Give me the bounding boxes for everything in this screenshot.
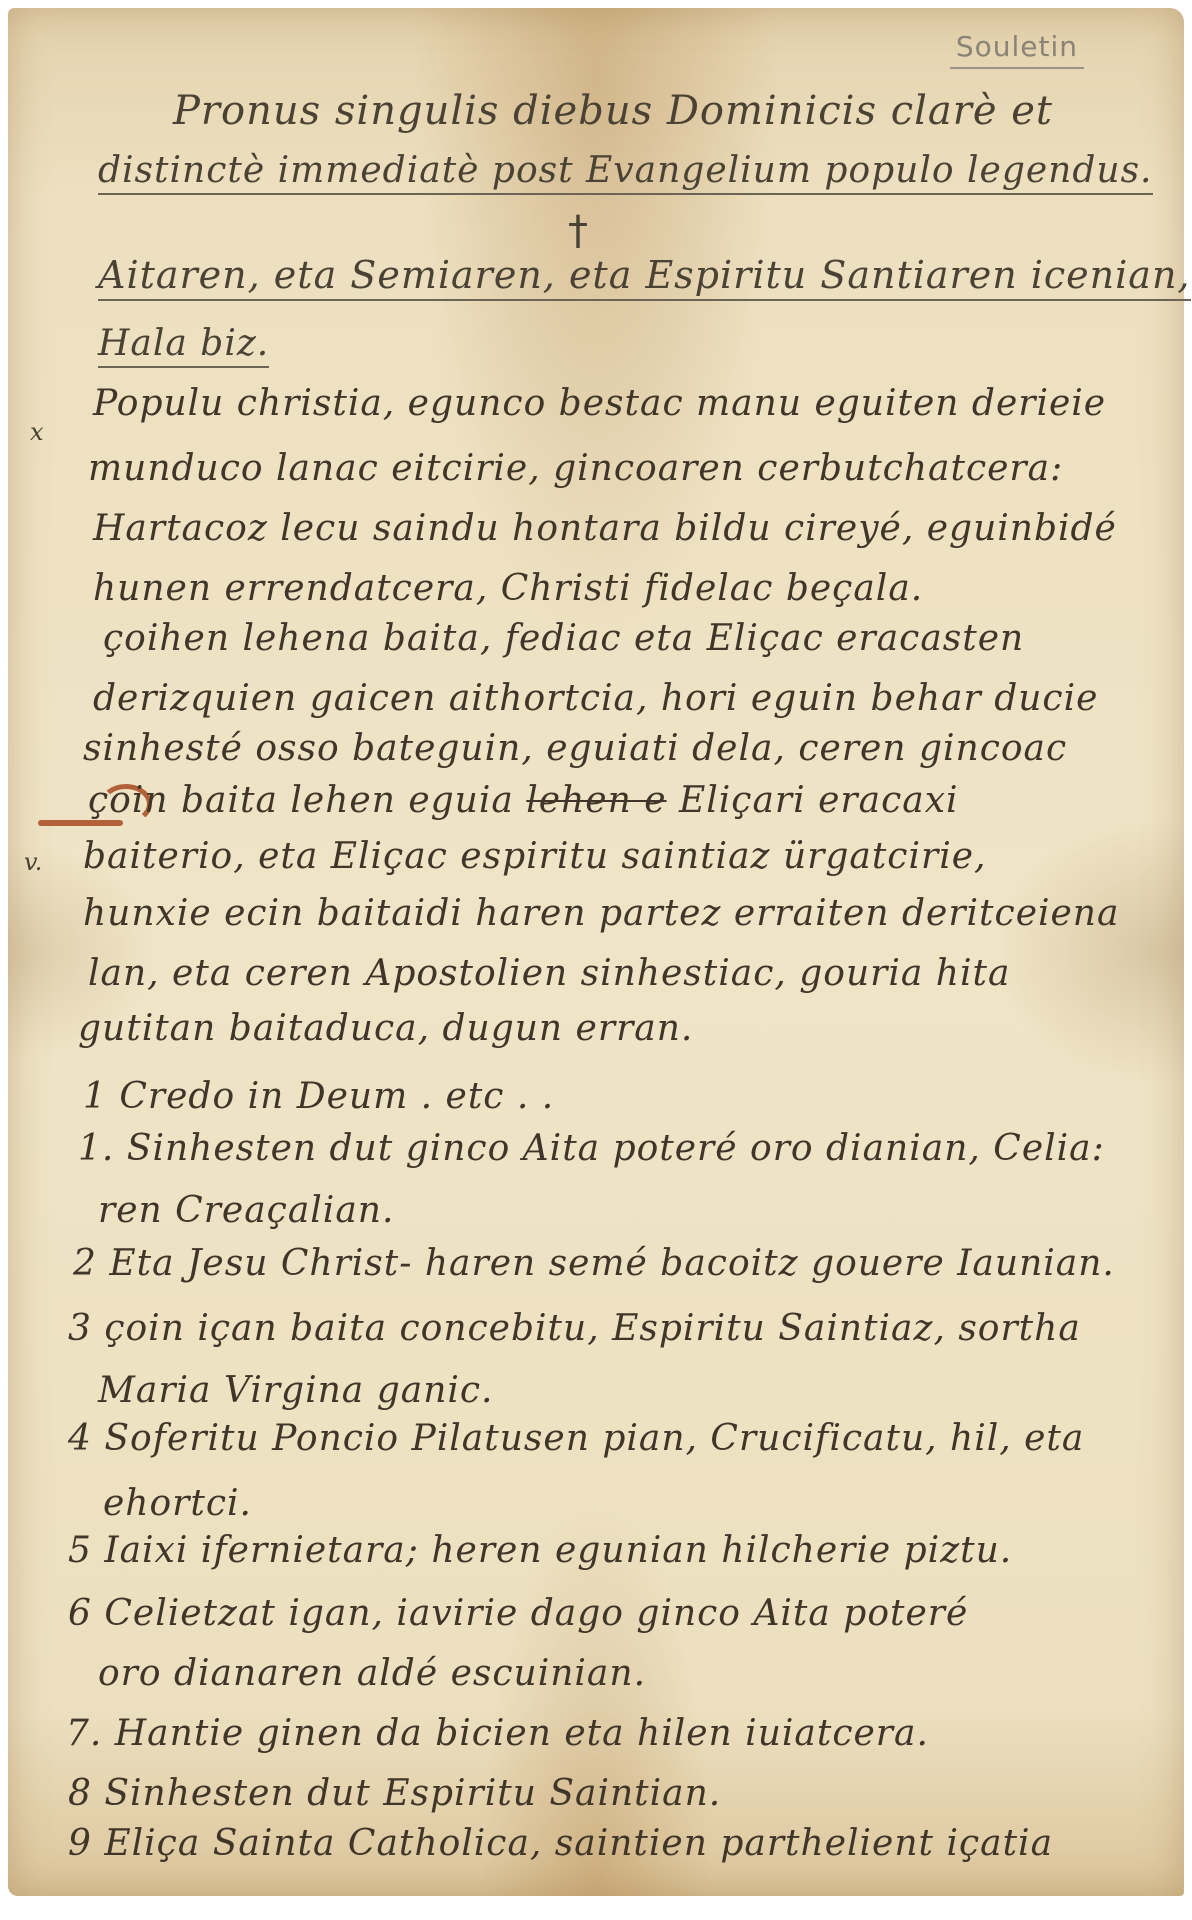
creed-line-12: 7. Hantie ginen da bicien eta hilen iuia… xyxy=(66,1713,929,1754)
body-line-9: baiterio, eta Eliçac espiritu saintiaz ü… xyxy=(83,836,986,877)
cross-symbol: † xyxy=(568,208,588,254)
invocation-line-2: Hala biz. xyxy=(98,323,269,368)
creed-line-3: ren Creaçalian. xyxy=(98,1190,394,1231)
body-line-4: hunen errendatcera, Christi fidelac beça… xyxy=(93,568,923,609)
creed-line-14: 9 Eliça Sainta Catholica, saintien parth… xyxy=(68,1823,1053,1864)
manuscript-page: Souletin Pronus singulis diebus Dominici… xyxy=(8,8,1184,1896)
title-line-1: Pronus singulis diebus Dominicis clarè e… xyxy=(173,88,1053,134)
creed-line-10: 6 Celietzat igan, iavirie dago ginco Ait… xyxy=(68,1593,968,1634)
creed-line-4: 2 Eta Jesu Christ- haren semé bacoitz go… xyxy=(73,1243,1115,1284)
creed-line-6: Maria Virgina ganic. xyxy=(98,1370,494,1411)
body-line-12: gutitan baitaduca, dugun erran. xyxy=(78,1008,693,1049)
creed-line-1: 1 Credo in Deum . etc . . xyxy=(83,1076,554,1117)
body-line-7: sinhesté osso bateguin, eguiati dela, ce… xyxy=(83,728,1067,769)
body-line-8: çoin baita lehen eguia lehen e Eliçari e… xyxy=(88,780,959,821)
margin-mark-x: x xyxy=(30,418,44,446)
body-line-1: Populu christia, egunco bestac manu egui… xyxy=(93,383,1106,424)
title-line-2: distinctè immediatè post Evangelium popu… xyxy=(98,150,1153,195)
pencil-annotation-souletin: Souletin xyxy=(950,30,1084,69)
creed-line-11: oro dianaren aldé escuinian. xyxy=(98,1653,646,1694)
creed-line-8: ehortci. xyxy=(103,1483,252,1524)
creed-line-7: 4 Soferitu Poncio Pilatusen pian, Crucif… xyxy=(68,1418,1084,1459)
body-line-3: Hartacoz lecu saindu hontara bildu cirey… xyxy=(93,508,1117,549)
creed-line-9: 5 Iaixi ifernietara; heren egunian hilch… xyxy=(68,1530,1012,1571)
strike-middle: baita lehen eguia xyxy=(181,780,514,821)
body-line-6: derizquien gaicen aithortcia, hori eguin… xyxy=(93,678,1098,719)
strike-suffix: Eliçari eracaxi xyxy=(679,780,959,821)
creed-line-5: 3 çoin içan baita concebitu, Espiritu Sa… xyxy=(68,1308,1081,1349)
body-line-10: hunxie ecin baitaidi haren partez errait… xyxy=(83,893,1119,934)
creed-line-13: 8 Sinhesten dut Espiritu Saintian. xyxy=(68,1773,721,1814)
creed-line-2: 1. Sinhesten dut ginco Aita poteré oro d… xyxy=(78,1128,1105,1169)
strike-prefix: çoin xyxy=(88,780,169,821)
struck-text: lehen e xyxy=(526,780,666,821)
body-line-5: çoihen lehena baita, fediac eta Eliçac e… xyxy=(103,618,1024,659)
body-line-2: munduco lanac eitcirie, gincoaren cerbut… xyxy=(88,448,1063,489)
body-line-11: lan, eta ceren Apostolien sinhestiac, go… xyxy=(88,953,1010,994)
margin-mark-v: v. xyxy=(24,848,42,876)
invocation-line-1: Aitaren, eta Semiaren, eta Espiritu Sant… xyxy=(98,253,1191,301)
